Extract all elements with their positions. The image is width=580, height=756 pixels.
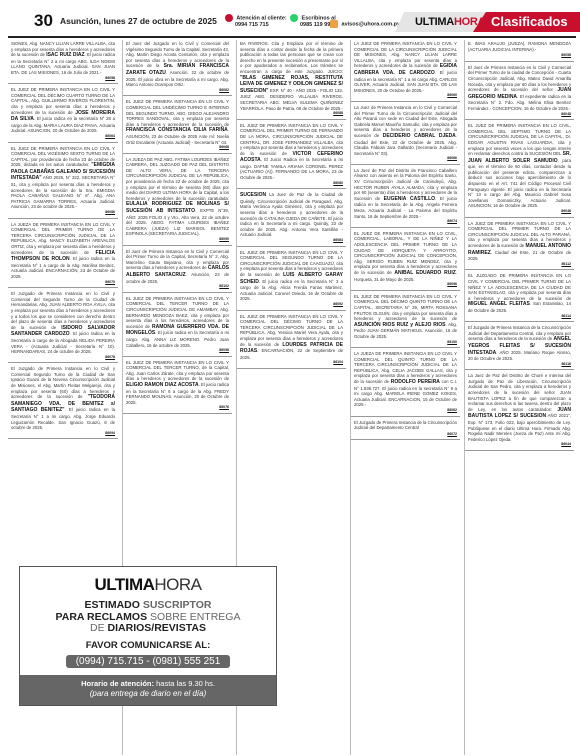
notice-code: 86084 xyxy=(240,238,343,244)
legal-notice: La Juez de Primera Instancia en lo Civil… xyxy=(351,104,460,165)
notice-code: 86072 xyxy=(354,432,457,438)
notice-rest: La Juez de Paz de la Ciudad de Quiindy, … xyxy=(240,192,343,237)
notice-code: 86096 xyxy=(354,282,457,288)
notice-code: 86090 xyxy=(126,237,229,243)
notice-code: 86076 xyxy=(126,405,229,411)
notice-code: 86080 xyxy=(240,181,343,187)
legal-notice: LA JUEZA DE PRIMERA INSTANCIA EN LO CIVI… xyxy=(351,350,460,417)
legal-notice: El Juez de Primera Instancia en lo Civil… xyxy=(123,248,232,293)
notice-code: 86070 xyxy=(11,280,115,286)
notice-code: 86104 xyxy=(240,360,343,366)
notice-code: 86058 xyxy=(468,53,571,59)
notice-text: EL JUEZ DE PRIMERA INSTANCIA EN LO CIVIL… xyxy=(126,360,229,382)
notice-name: EUGENIA CASTILLO xyxy=(384,196,435,202)
notice-name: RODOLFO PEREIRA xyxy=(391,379,440,385)
legal-notice: LA JUEZ DE PRIMERA INSTANCIA EN LO CIVIL… xyxy=(351,40,460,102)
notice-code: 86102 xyxy=(126,284,229,290)
notice-code: 86092 xyxy=(240,302,343,308)
customer-service-contact: Atención al cliente: 0994 715 715 xyxy=(225,14,287,29)
notice-name: ISAC RUIZ DIAZ xyxy=(46,52,84,58)
notice-code: 86100 xyxy=(354,340,457,346)
legal-notice: LA JUEZA DE PAZ ABG. FATIMA LOURDES IBÁÑ… xyxy=(123,156,232,246)
page-header: 30 Asunción, lunes 27 de octubre de 2025… xyxy=(0,0,580,32)
notice-name: ELIGIO RAMON DIAZ ACOSTA xyxy=(126,382,199,388)
header-divider xyxy=(8,36,576,38)
legal-notice: EL JUEZ DE PRIMERA INSTANCIA EN LO CIVIL… xyxy=(8,86,118,142)
email-contact[interactable]: avisos@uhora.com.py xyxy=(330,20,400,28)
notice-text: EL JUEZ DE PRIMERA INSTANCIA EN LO CIVIL… xyxy=(468,123,571,156)
legal-notice: SUCESION La Juez de Paz de la Ciudad de … xyxy=(237,191,346,246)
legal-notice: EL JUEZ DE PRIMERA INSTANCIA EN LO CIVIL… xyxy=(465,122,574,218)
notice-code: 86116 xyxy=(468,362,571,368)
notice-code: 86082 xyxy=(126,88,229,94)
legal-notice: La Juez de Paz del Distrito de Choré e i… xyxy=(465,372,574,451)
notice-name: SUCESION xyxy=(240,192,266,198)
section-title: Clasificados xyxy=(491,14,568,29)
legal-notice: EL JUEZ DE PRIMERA INSTANCIA EN LO CIVIL… xyxy=(351,230,460,291)
legal-notice: EL JUEZ DE PRIMERA INSTANCIA EN LO CIVIL… xyxy=(123,295,232,357)
legal-notice: El Juzgado de Primera Instancia de la Ci… xyxy=(351,419,460,441)
notice-code: 86098 xyxy=(126,348,229,354)
section-banner: ULTIMAHORA Clasificados xyxy=(395,12,580,32)
subscriber-ad: ULTIMAHORA ESTIMADO SUSCRIPTOR PARA RECL… xyxy=(19,566,277,706)
notice-name: ANIBAL EDUARDO RUIZ xyxy=(394,270,455,276)
legal-notice: El Juzgado de Primera Instancia en lo Ci… xyxy=(8,290,118,363)
customer-service-phone: 0994 715 715 xyxy=(235,22,269,28)
legal-notice: SIONES, Abg. NANCY LILIAN LARRE VILLALBA… xyxy=(8,40,118,84)
write-phone: 0985 119 999 xyxy=(300,22,333,28)
notice-code: 86060 xyxy=(354,93,457,99)
notice-text: La Juez de Paz del Distrito de Choré e i… xyxy=(468,373,571,412)
legal-notice: La Juez de Paz del Distrito de Francisco… xyxy=(351,167,460,228)
customer-service-label: Atención al cliente: xyxy=(236,15,286,21)
legal-notice: El Juez del Juzgado en lo Civil y Comerc… xyxy=(123,40,232,96)
notice-code: 86086 xyxy=(11,210,115,216)
publication-date: Asunción, lunes 27 de octubre de 2025 xyxy=(60,16,217,26)
notice-code: 86094 xyxy=(11,431,115,437)
notice-text: EL JUZGADO DE PRIMERA INSTANCIA EN LO CI… xyxy=(468,273,571,300)
notice-text: EL JUEZ DE PRIMERA INSTANCIA EN LO CIVIL… xyxy=(126,99,229,126)
legal-notice: EL JUZGADO DE PRIMERA INSTANCIA EN LO CI… xyxy=(465,272,574,322)
notice-code: 86088 xyxy=(240,111,343,117)
notice-code: 86066 xyxy=(354,156,457,162)
brand-logo: ULTIMAHORA xyxy=(415,16,485,28)
email-address[interactable]: avisos@uhora.com.py xyxy=(342,21,401,27)
ad-brand-logo: ULTIMAHORA xyxy=(20,575,276,595)
notice-code: 86078 xyxy=(11,355,115,361)
envelope-icon xyxy=(330,20,338,28)
ad-footer: Horario de atención: hasta las 9.30 hs. … xyxy=(20,675,276,705)
notice-text: E. IMAS ARAUJO (JUEZA), RAMONA MENDOZA (… xyxy=(468,41,571,52)
legal-notice: LA JUEZ DE PRIMERA INSTANCIA EN LO CIVIL… xyxy=(465,220,574,271)
notice-text: EL JUEZ DE PRIMERA INSTANCIA EN LO CIVIL… xyxy=(354,231,457,275)
legal-notice: E. IMAS ARAUJO (JUEZA), RAMONA MENDOZA (… xyxy=(465,40,574,62)
notice-text: EL JUEZ DE PRIMERA INSTANCIA EN LO CIVIL… xyxy=(354,294,457,321)
legal-notice: EL JUEZ DE PRIMERA INSTANCIA EN LO CIVIL… xyxy=(123,98,232,153)
notice-code: 86046 xyxy=(468,209,571,215)
notice-code: 86062 xyxy=(354,408,457,414)
ad-headline: ESTIMADO SUSCRIPTOR PARA RECLAMOS SOBRE … xyxy=(20,600,276,635)
notice-code: 86058 xyxy=(11,76,115,82)
notice-text: BA RIVEROS. Cita y Emplaza por el términ… xyxy=(240,41,343,74)
legal-notice: LA JUEZA DE PRIMERA INSTANCIA EN LO CIVI… xyxy=(8,221,118,289)
notice-name: MIGUEL ANGEL FLEITAS xyxy=(468,301,530,307)
ad-phone-numbers[interactable]: (0994) 715.715 - (0981) 555 251 xyxy=(66,655,231,668)
whatsapp-contact: Escríbinos al 0985 119 999 xyxy=(290,14,336,29)
legal-notice: BA RIVEROS. Cita y Emplaza por el términ… xyxy=(237,40,346,120)
legal-notice: EL JUEZ DE PRIMERA INSTANCIA EN LO CIVIL… xyxy=(8,145,118,219)
legal-notice: EL JUEZ DE PRIMERA INSTANCIA EN LO CIVIL… xyxy=(351,293,460,348)
legal-notice: El Juzgado de Primera Instancia en lo Ci… xyxy=(8,365,118,439)
notice-text: El Juez de Primera Instancia en lo Civil… xyxy=(468,65,571,92)
ad-note: (para entrega de diario en el día) xyxy=(20,689,276,698)
notice-text: LA JUEZA DE PAZ ABG. FATIMA LOURDES IBÁÑ… xyxy=(126,157,229,201)
notice-text: El Juzgado de Primera Instancia de la Ci… xyxy=(354,420,457,431)
notice-name: ASUNCIÓN RIOS RUIZ y ALEJO RIOS xyxy=(354,322,446,328)
column-4: LA JUEZ DE PRIMERA INSTANCIA EN LO CIVIL… xyxy=(350,40,460,755)
legal-notice: EL JUEZ DE PRIMERA INSTANCIA EN LO CIVIL… xyxy=(237,249,346,311)
legal-notice: El Juez de Primera Instancia en lo Civil… xyxy=(465,64,574,120)
notice-code: 86044 xyxy=(468,442,571,448)
notice-code: 86114 xyxy=(468,314,571,320)
notice-rest: , para que, en el término de 60 días, co… xyxy=(468,158,571,209)
notice-code: 86064 xyxy=(11,134,115,140)
notice-code: 86074 xyxy=(354,219,457,225)
ad-call-to-action: FAVOR COMUNICARSE AL: xyxy=(20,640,276,651)
page-number: 30 xyxy=(34,11,53,31)
notice-code: 86068 xyxy=(126,145,229,151)
legal-notice: EL JUEZ DE PRIMERA INSTANCIA EN LO CIVIL… xyxy=(237,122,346,190)
whatsapp-icon xyxy=(290,14,298,22)
notice-code: 86112 xyxy=(468,262,571,268)
ad-hours: Horario de atención: hasta las 9.30 hs. xyxy=(20,679,276,688)
column-5: E. IMAS ARAUJO (JUEZA), RAMONA MENDOZA (… xyxy=(464,40,574,755)
notice-name: DECIDERIO CABRAL DJEDA xyxy=(383,133,456,139)
legal-notice: EL JUEZ DE PRIMERA INSTANCIA EN LO CIVIL… xyxy=(123,359,232,414)
legal-notice: EL JUEZ DE PRIMERA INSTANCIA EN LO CIVIL… xyxy=(237,313,346,369)
phone-icon xyxy=(225,14,233,22)
notice-code: 86048 xyxy=(468,112,571,118)
notice-name: FRANCISCA CONSTANCIA CILIA FARIÑA xyxy=(126,127,228,133)
legal-notice: El Juzgado de Primera Instancia de la Ci… xyxy=(465,324,574,370)
